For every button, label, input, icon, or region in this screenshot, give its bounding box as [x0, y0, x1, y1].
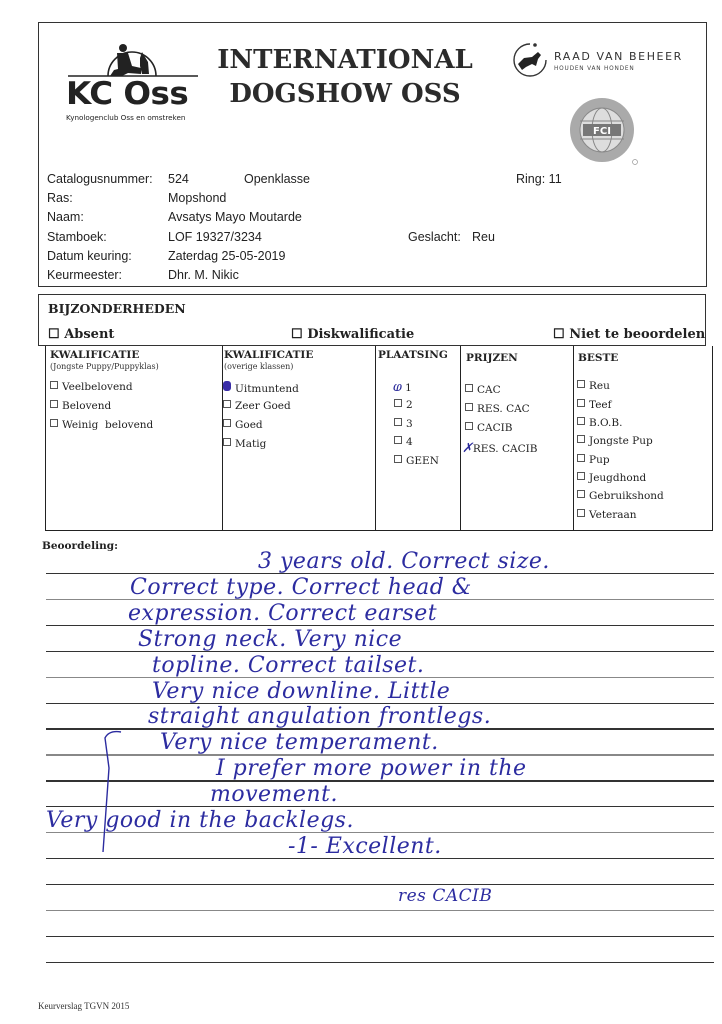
kc-oss-logo: KC Oss Kynologenclub Oss en omstreken — [62, 36, 198, 124]
checkbox-icon — [577, 417, 585, 425]
naam-value: Avsatys Mayo Moutarde — [168, 210, 302, 224]
raad-van-beheer-logo: RAAD VAN BEHEER HOUDEN VAN HONDEN — [510, 40, 700, 80]
option-veteraan[interactable]: Veteraan — [577, 509, 637, 521]
kwal-puppy-title: KWALIFICATIE — [50, 349, 139, 361]
niet-te-beoordelen-checkbox[interactable]: ☐ Niet te beoordelen — [553, 327, 705, 342]
writing-line — [46, 884, 714, 885]
option-jeugdhond[interactable]: Jeugdhond — [577, 472, 646, 484]
plaatsing-title: PLAATSING — [378, 349, 448, 361]
checkbox-icon — [577, 399, 585, 407]
handwritten-line: straight angulation frontlegs. — [148, 704, 491, 729]
option-uitmuntend[interactable]: Uitmuntend — [223, 381, 299, 395]
ring-label: Ring: 11 — [516, 172, 562, 186]
option-jongste-pup[interactable]: Jongste Pup — [577, 435, 653, 447]
handwritten-line: expression. Correct earset — [128, 601, 437, 626]
checkmark-x-icon: ⱷ — [393, 380, 402, 395]
checkbox-icon — [577, 435, 585, 443]
handwritten-line: Very good in the backlegs. — [46, 808, 354, 833]
checkbox-icon — [394, 418, 402, 426]
option-res-cacib[interactable]: ✗RES. CACIB — [462, 441, 538, 456]
jumping-dog-icon — [510, 40, 550, 80]
option-veelbelovend[interactable]: Veelbelovend — [50, 381, 133, 393]
handwritten-line: Very nice downline. Little — [152, 679, 450, 704]
handwritten-line: I prefer more power in the — [216, 756, 527, 781]
checkbox-icon — [394, 455, 402, 463]
partner-name: RAAD VAN BEHEER — [554, 50, 683, 63]
fci-globe-icon: FCI — [567, 95, 639, 167]
catalogusnummer-label: Catalogusnummer: — [47, 172, 153, 186]
option-plaats-2[interactable]: 2 — [394, 399, 413, 411]
naam-label: Naam: — [47, 210, 84, 224]
handwritten-line: Strong neck. Very nice — [138, 627, 402, 652]
checkbox-icon — [465, 384, 473, 392]
writing-line — [46, 936, 714, 937]
checkbox-icon — [50, 381, 58, 389]
column-divider — [460, 346, 461, 530]
beoordeling-label: Beoordeling: — [42, 540, 118, 552]
club-logo-name: KC Oss — [66, 79, 188, 110]
writing-line — [46, 962, 714, 963]
option-weinig-belovend[interactable]: Weinig belovend — [50, 419, 153, 431]
stamboek-value: LOF 19327/3234 — [168, 230, 262, 244]
column-divider — [375, 346, 376, 530]
checkbox-icon — [465, 403, 473, 411]
diskwalificatie-checkbox[interactable]: ☐ Diskwalificatie — [291, 327, 414, 342]
handwritten-line: Very nice temperament. — [160, 730, 439, 755]
kwal-overig-subtitle: (overige klassen) — [224, 362, 293, 371]
option-cac[interactable]: CAC — [465, 384, 501, 396]
checkbox-icon — [577, 454, 585, 462]
ras-value: Mopshond — [168, 191, 226, 205]
checkbox-icon — [577, 380, 585, 388]
event-title-line-1: INTERNATIONAL — [200, 44, 490, 77]
keurmeester-label: Keurmeester: — [47, 268, 122, 282]
option-belovend[interactable]: Belovend — [50, 400, 111, 412]
option-pup[interactable]: Pup — [577, 454, 610, 466]
option-gebruikshond[interactable]: Gebruikshond — [577, 490, 664, 502]
option-cacib[interactable]: CACIB — [465, 422, 513, 434]
geslacht-value: Reu — [472, 230, 495, 244]
keurmeester-value: Dhr. M. Nikic — [168, 268, 239, 282]
handwritten-line: movement. — [210, 782, 338, 807]
beste-title: BESTE — [578, 352, 618, 364]
kwal-overig-title: KWALIFICATIE — [224, 349, 313, 361]
handwritten-line: topline. Correct tailset. — [152, 653, 424, 678]
checkbox-icon — [577, 472, 585, 480]
datum-value: Zaterdag 25-05-2019 — [168, 249, 285, 263]
checkbox-icon — [577, 509, 585, 517]
writing-line — [46, 910, 714, 911]
checkbox-icon — [465, 422, 473, 430]
option-zeer-goed[interactable]: Zeer Goed — [223, 400, 291, 412]
handwritten-line: 3 years old. Correct size. — [258, 549, 550, 574]
option-reu[interactable]: Reu — [577, 380, 610, 392]
checkbox-icon — [577, 490, 585, 498]
option-res-cac[interactable]: RES. CAC — [465, 403, 530, 415]
option-goed[interactable]: Goed — [223, 419, 263, 431]
stamboek-label: Stamboek: — [47, 230, 107, 244]
datum-label: Datum keuring: — [47, 249, 132, 263]
checkbox-filled-icon — [223, 381, 231, 391]
checkmark-x-icon: ✗ — [462, 441, 473, 456]
kwal-puppy-subtitle: (Jongste Puppy/Puppyklas) — [50, 362, 159, 371]
handwritten-line: -1- Excellent. — [288, 834, 442, 859]
option-bob[interactable]: B.O.B. — [577, 417, 622, 429]
checkbox-icon — [223, 400, 231, 408]
absent-checkbox[interactable]: ☐ Absent — [48, 327, 114, 342]
checkbox-icon — [394, 436, 402, 444]
checkbox-icon — [394, 399, 402, 407]
svg-text:FCI: FCI — [593, 126, 611, 137]
handwritten-line: res CACIB — [398, 886, 492, 906]
handwritten-line: Correct type. Correct head & — [130, 575, 472, 600]
footer-text: Keurverslag TGVN 2015 — [38, 1001, 129, 1011]
option-plaats-1[interactable]: ⱷ1 — [393, 380, 412, 395]
fci-logo: FCI — [567, 95, 637, 165]
column-divider — [573, 346, 574, 530]
option-plaats-geen[interactable]: GEEN — [394, 455, 439, 467]
catalogusnummer-value: 524 — [168, 172, 189, 186]
bijzonderheden-title: BIJZONDERHEDEN — [48, 301, 186, 316]
option-teef[interactable]: Teef — [577, 399, 612, 411]
checkbox-icon — [223, 438, 231, 446]
handwritten-bracket-mark — [95, 728, 125, 858]
option-plaats-3[interactable]: 3 — [394, 418, 413, 430]
prijzen-title: PRIJZEN — [466, 352, 518, 364]
checkbox-icon — [223, 419, 231, 427]
option-matig[interactable]: Matig — [223, 438, 266, 450]
ring-value: 11 — [549, 172, 562, 186]
geslacht-label: Geslacht: — [408, 230, 461, 244]
club-logo-subtitle: Kynologenclub Oss en omstreken — [66, 113, 185, 122]
dog-handler-icon — [62, 36, 198, 80]
klasse-value: Openklasse — [244, 172, 310, 186]
partner-tagline: HOUDEN VAN HONDEN — [554, 66, 635, 72]
checkbox-icon — [50, 400, 58, 408]
checkbox-icon — [50, 419, 58, 427]
ras-label: Ras: — [47, 191, 73, 205]
event-title-line-2: DOGSHOW OSS — [200, 78, 490, 111]
option-plaats-4[interactable]: 4 — [394, 436, 413, 448]
